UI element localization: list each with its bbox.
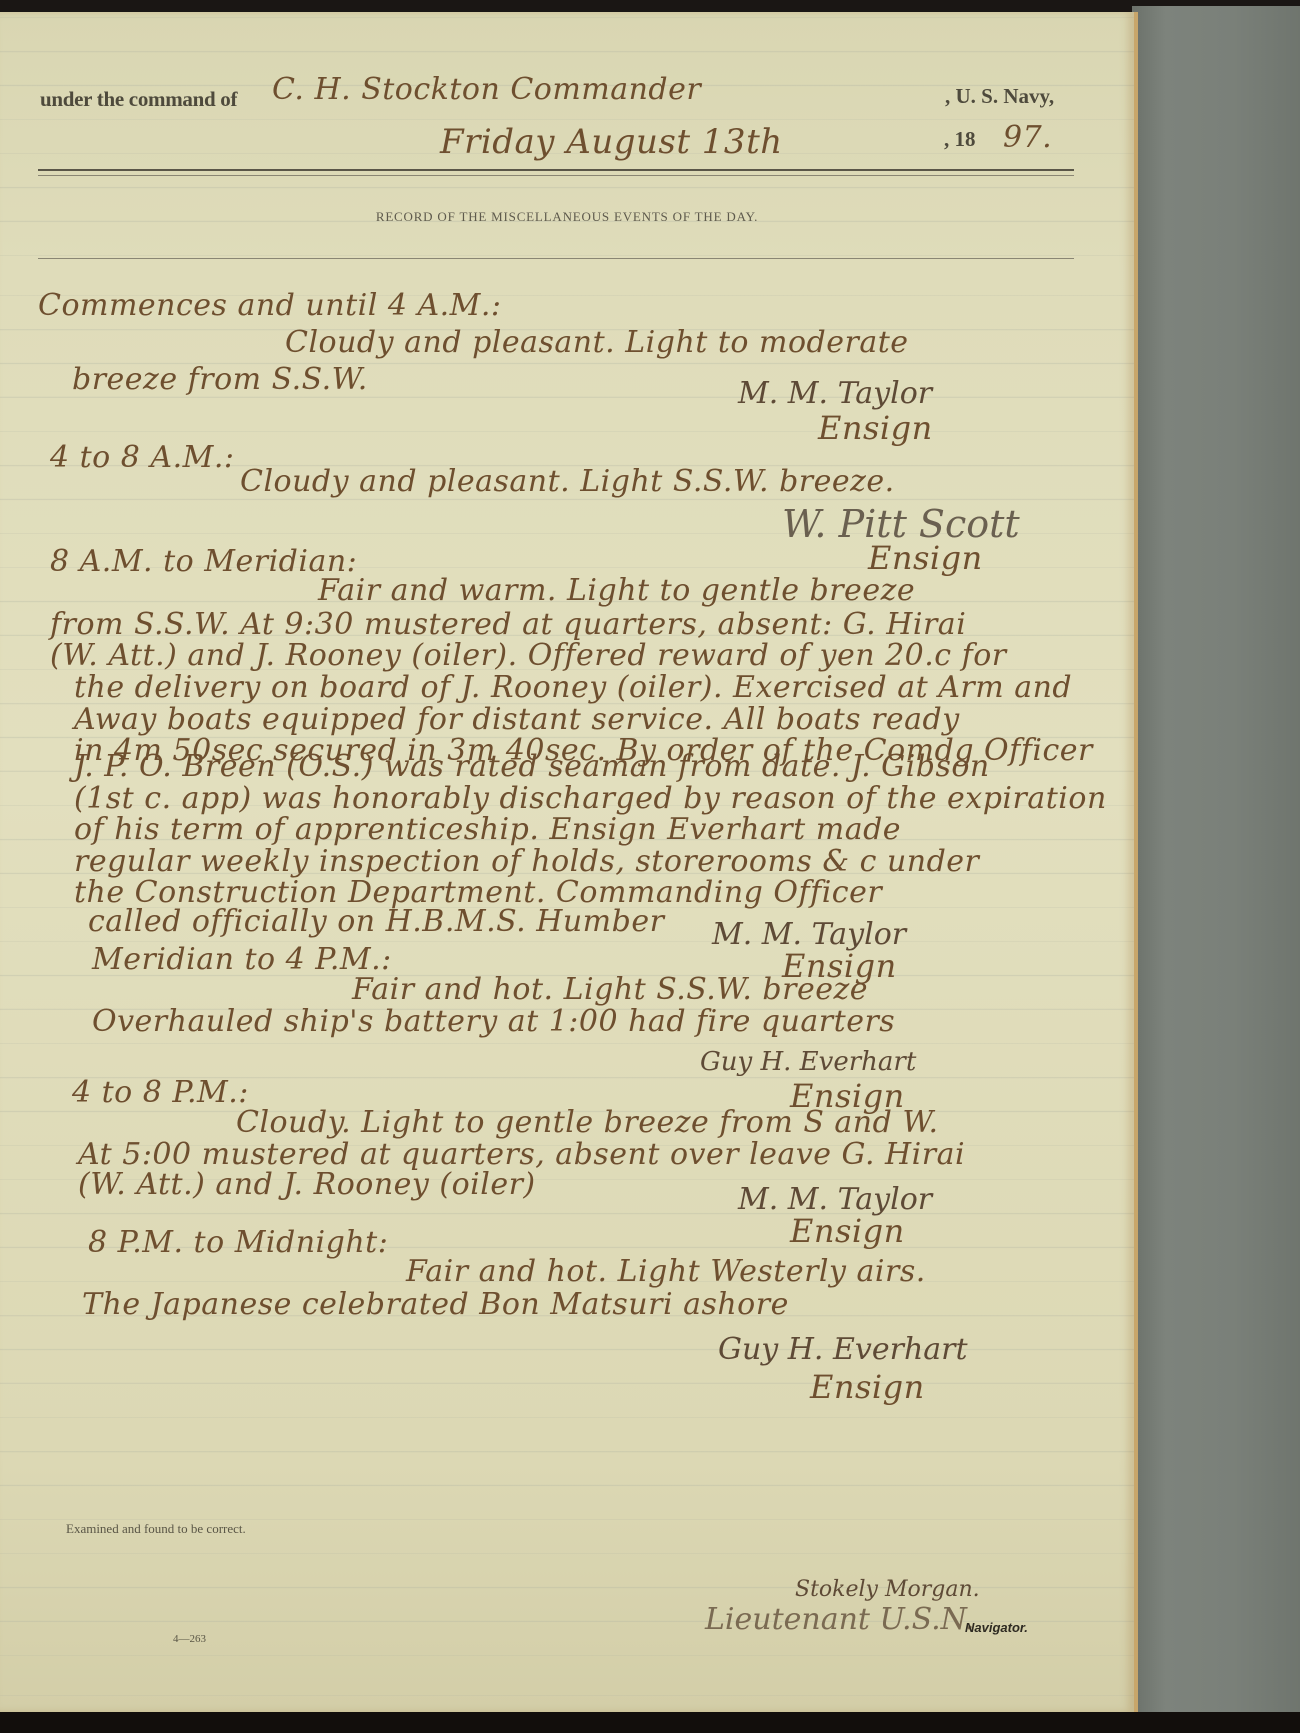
watch-line: Cloudy and pleasant. Light to moderate [285, 325, 909, 360]
watch-heading: 4 to 8 P.M.: [72, 1075, 249, 1110]
watch-line: called officially on H.B.M.S. Humber [88, 904, 664, 939]
logbook-scan: under the command of C. H. Stockton Comm… [0, 0, 1300, 1733]
signature-name: Guy H. Everhart [718, 1332, 968, 1367]
signature-name: Guy H. Everhart [700, 1047, 916, 1077]
navy-label: , U. S. Navy, [945, 84, 1054, 109]
year-suffix: 97. [1003, 120, 1052, 155]
watch-line: of his term of apprenticeship. Ensign Ev… [74, 812, 901, 847]
signature-rank: Ensign [790, 1212, 905, 1250]
watch-line: Fair and hot. Light S.S.W. breeze [352, 972, 868, 1007]
watch-line: breeze from S.S.W. [72, 362, 368, 397]
book-cover-board [1132, 6, 1300, 1733]
signature-name: M. M. Taylor [738, 376, 932, 411]
signature-rank: Ensign [810, 1368, 925, 1406]
logbook-page: under the command of C. H. Stockton Comm… [0, 12, 1138, 1712]
watch-line: (W. Att.) and J. Rooney (oiler). Offered… [50, 638, 1007, 673]
navigator-rank: Lieutenant U.S.N. [705, 1602, 974, 1637]
watch-line: The Japanese celebrated Bon Matsuri asho… [82, 1287, 789, 1322]
year-prefix: , 18 [944, 127, 976, 152]
watch-line: Away boats equipped for distant service.… [74, 702, 960, 737]
header-divider-thin [38, 175, 1074, 176]
page-bottom-shadow [0, 1712, 1300, 1733]
watch-heading: 8 A.M. to Meridian: [50, 544, 357, 579]
signature-rank: Ensign [818, 409, 933, 447]
navigator-name: Stokely Morgan. [795, 1577, 980, 1602]
watch-line: (W. Att.) and J. Rooney (oiler) [78, 1167, 536, 1202]
command-label: under the command of [40, 87, 237, 112]
watch-line: Cloudy. Light to gentle breeze from S an… [236, 1105, 938, 1140]
watch-line: (1st c. app) was honorably discharged by… [74, 781, 1107, 816]
form-number: 4—263 [173, 1633, 206, 1645]
watch-line: Fair and warm. Light to gentle breeze [318, 573, 915, 608]
section-divider [38, 258, 1074, 259]
watch-line: Overhauled ship's battery at 1:00 had fi… [92, 1004, 895, 1039]
log-date: Friday August 13th [440, 122, 783, 162]
commander-name: C. H. Stockton Commander [272, 72, 701, 107]
watch-heading: Commences and until 4 A.M.: [38, 288, 502, 323]
watch-line: Cloudy and pleasant. Light S.S.W. breeze… [240, 464, 895, 499]
watch-line: regular weekly inspection of holds, stor… [74, 844, 979, 879]
watch-line: J. P. O. Breen (O.S.) was rated seaman f… [74, 749, 990, 784]
watch-heading: 8 P.M. to Midnight: [88, 1225, 388, 1260]
header-divider [38, 169, 1074, 171]
watch-heading: Meridian to 4 P.M.: [92, 942, 392, 977]
examined-label: Examined and found to be correct. [66, 1521, 246, 1537]
navigator-title: Navigator. [965, 1620, 1028, 1635]
watch-heading: 4 to 8 A.M.: [50, 440, 234, 475]
watch-line: Fair and hot. Light Westerly airs. [406, 1254, 926, 1289]
signature-rank: Ensign [868, 539, 983, 577]
section-title: RECORD OF THE MISCELLANEOUS EVENTS OF TH… [0, 209, 1134, 225]
watch-line: from S.S.W. At 9:30 mustered at quarters… [50, 607, 966, 642]
watch-line: the delivery on board of J. Rooney (oile… [74, 670, 1072, 705]
